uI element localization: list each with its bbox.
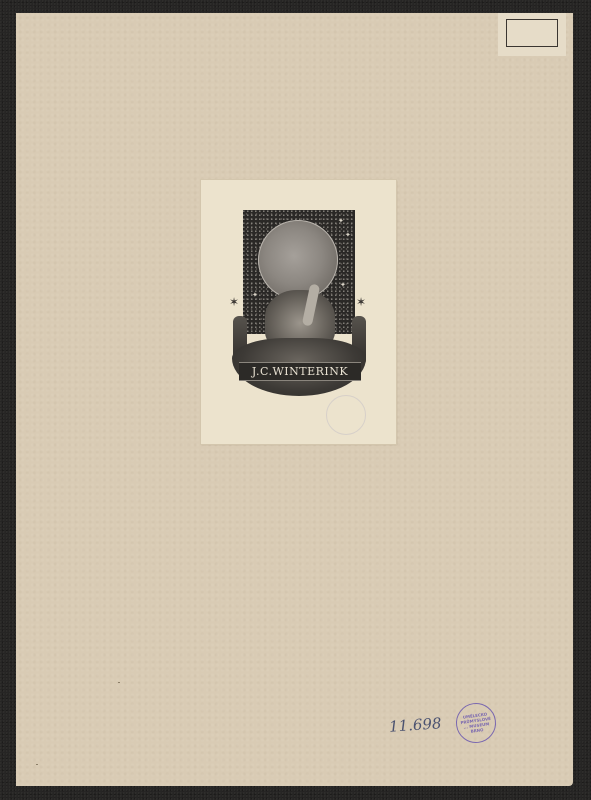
star-icon: ✶ — [356, 296, 366, 308]
star-icon: ✦ — [340, 282, 346, 289]
bookplate-owner-banner: J.C.WINTERINK — [239, 362, 361, 381]
stamp-line: BRNO — [470, 727, 483, 734]
empty-label-rectangle — [506, 19, 558, 47]
paper-speck — [36, 764, 38, 765]
paper-speck — [118, 682, 120, 683]
moon-globe-illustration — [258, 220, 338, 300]
handwritten-inventory-number: 11.698 — [388, 714, 442, 736]
star-icon: ✦ — [338, 218, 344, 225]
faint-stamp-on-card — [326, 395, 366, 435]
star-icon: ✦ — [252, 292, 258, 299]
star-icon: ✶ — [229, 296, 239, 308]
star-icon: ✦ — [345, 232, 351, 239]
